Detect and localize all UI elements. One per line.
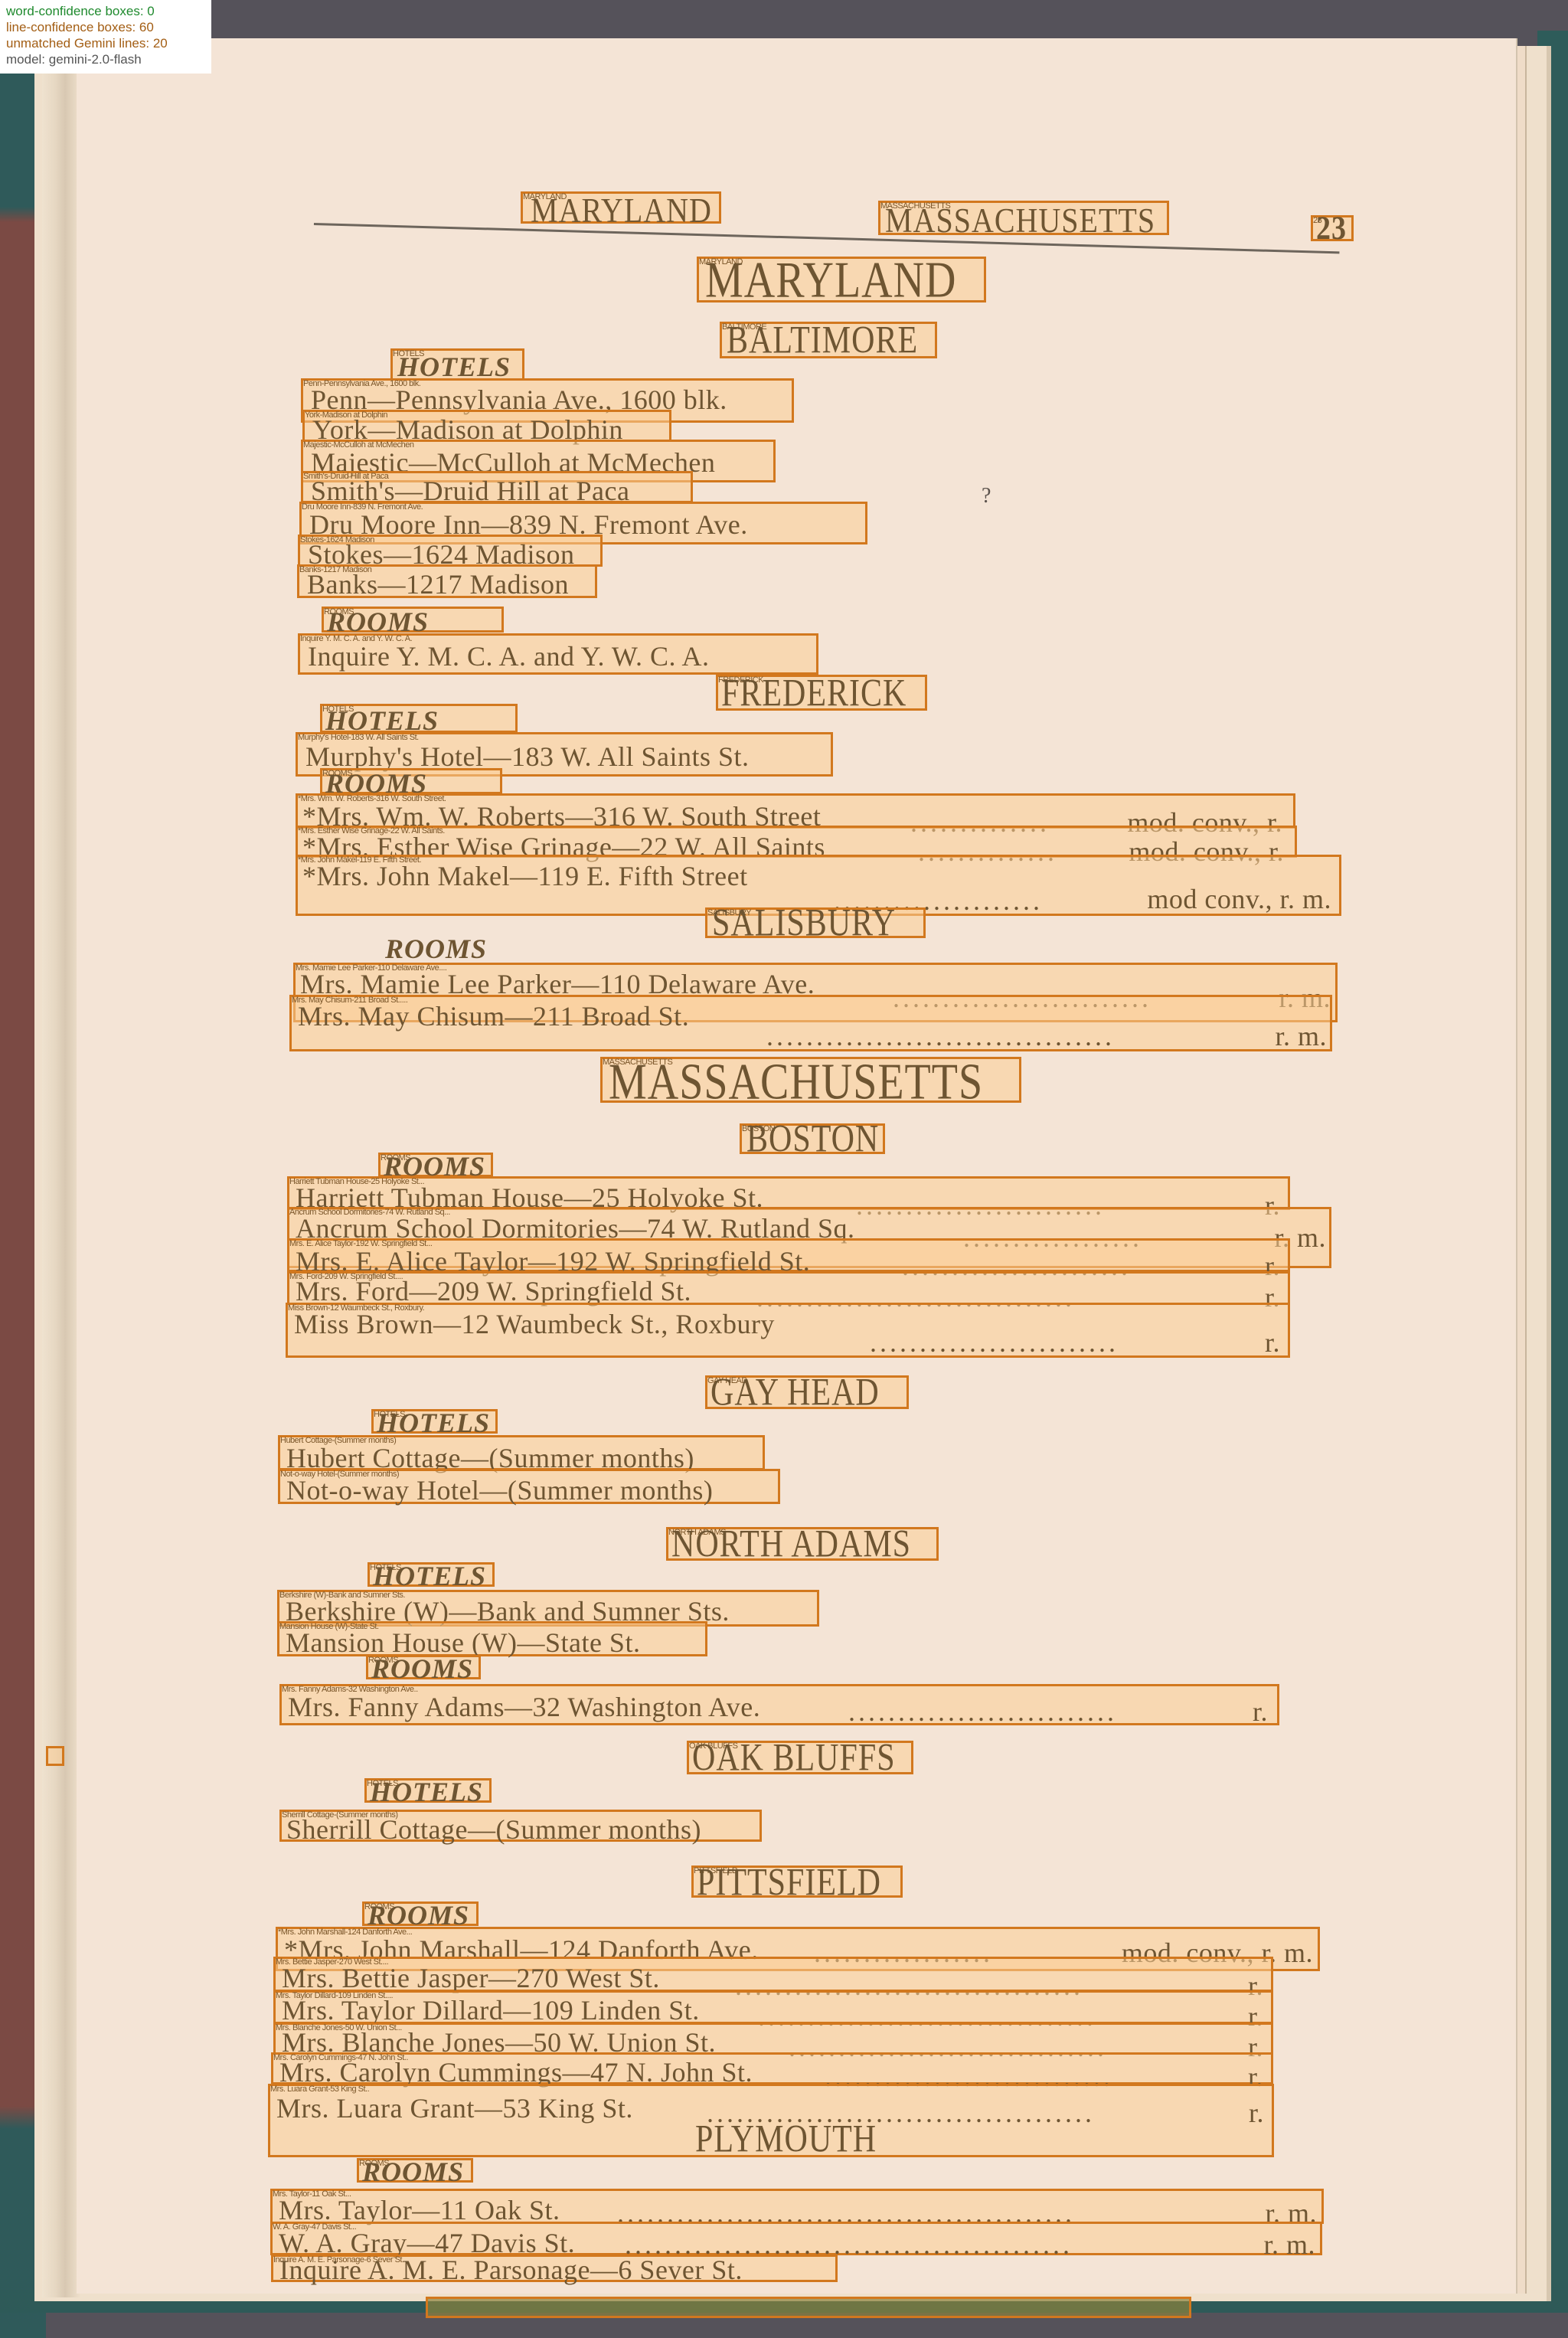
city-heading-salisbury: SALISBURY SALISBURY xyxy=(705,907,926,938)
category-text: ROOMS xyxy=(371,1653,473,1685)
city-heading-text: NORTH ADAMS xyxy=(671,1522,911,1567)
stray-ocr-box-bottom xyxy=(426,2297,1191,2318)
listing-entry: *Mrs. Wm. W. Roberts-316 W. South Street… xyxy=(296,793,1295,829)
city-heading-text: GAY HEAD xyxy=(710,1371,880,1415)
listing-entry: Smith's-Druid Hill at Paca Smith's—Druid… xyxy=(301,471,693,503)
city-heading-north-adams: NORTH ADAMS NORTH ADAMS xyxy=(666,1527,939,1561)
city-heading-baltimore: BALTIMORE BALTIMORE xyxy=(720,322,937,358)
city-heading-text: BALTIMORE xyxy=(727,319,918,363)
category-rooms: ROOMS ROOMS xyxy=(357,2158,473,2183)
ocr-stats-panel: word-confidence boxes: 0 line-confidence… xyxy=(0,0,211,74)
leader-dots: ......................... xyxy=(870,1326,1119,1359)
entry-text: Miss Brown—12 Waumbeck St., Roxbury xyxy=(294,1308,775,1340)
running-header-right-text: MASSACHUSETTS xyxy=(885,199,1155,240)
running-header-right: MASSACHUSETTS MASSACHUSETTS xyxy=(878,201,1169,235)
leader-dots: ........................... xyxy=(848,1695,1117,1728)
state-heading-text: MASSACHUSETTS xyxy=(609,1053,983,1112)
listing-entry: Hubert Cottage-(Summer months) Hubert Co… xyxy=(278,1435,765,1470)
listing-entry: Sherrill Cottage-(Summer months) Sherril… xyxy=(279,1810,762,1842)
listing-entry: Inquire Y. M. C. A. and Y. W. C. A. Inqu… xyxy=(298,633,818,675)
category-hotels: HOTELS HOTELS xyxy=(364,1778,492,1803)
city-heading-text: SALISBURY xyxy=(712,901,896,946)
category-rooms: ROOMS ROOMS xyxy=(366,1655,481,1679)
listing-entry: Inquire A. M. E. Parsonage-6 Sever St. I… xyxy=(271,2255,838,2282)
listing-entry: Mrs. Carolyn Cummings-47 N. John St.. Mr… xyxy=(271,2052,1273,2085)
category-text: HOTELS xyxy=(370,1776,483,1808)
stray-question-mark: ? xyxy=(982,484,991,508)
listing-entry: Mrs. Blanche Jones-50 W. Union St... Mrs… xyxy=(273,2022,1273,2055)
category-rooms: ROOMS ROOMS xyxy=(362,1901,479,1926)
listing-entry: Miss Brown-12 Waumbeck St., Roxbury. Mis… xyxy=(286,1303,1290,1358)
entry-text: Inquire A. M. E. Parsonage—6 Sever St. xyxy=(279,2254,743,2286)
listing-entry: Mansion House (W)-State St. Mansion Hous… xyxy=(277,1621,707,1656)
category-hotels: HOTELS HOTELS xyxy=(367,1562,495,1587)
listing-entry: Not-o-way Hotel-(Summer months) Not-o-wa… xyxy=(278,1469,780,1504)
word-confidence-count: word-confidence boxes: 0 xyxy=(6,3,205,19)
model-name: model: gemini-2.0-flash xyxy=(6,51,205,67)
listing-entry: *Mrs. Esther Wise Grinage-22 W. All Sain… xyxy=(296,826,1297,858)
category-text: HOTELS xyxy=(373,1560,486,1592)
running-header-left: MARYLAND MARYLAND xyxy=(521,191,721,224)
entry-suffix: r. m. xyxy=(1263,2228,1315,2261)
stray-ocr-box xyxy=(46,1746,64,1766)
listing-entry: Mrs. Luara Grant-53 King St.. Mrs. Luara… xyxy=(268,2084,1274,2157)
category-rooms: ROOMS ROOMS xyxy=(378,1153,493,1177)
listing-entry: York-Madison at Dolphin York—Madison at … xyxy=(302,410,671,442)
entry-suffix: r. xyxy=(1265,1326,1280,1359)
running-header-left-text: MARYLAND xyxy=(531,189,712,231)
listing-entry: Mrs. Fanny Adams-32 Washington Ave.. Mrs… xyxy=(279,1684,1279,1725)
listing-entry: Mrs. E. Alice Taylor-192 W. Springfield … xyxy=(287,1238,1290,1272)
city-heading-text: FREDERICK xyxy=(721,672,906,716)
entry-suffix: mod conv., r. m. xyxy=(1147,883,1331,915)
city-heading-pittsfield: PITTSFIELD PITTSFIELD xyxy=(691,1865,903,1898)
listing-entry: Mrs. May Chisum-211 Broad St..... Mrs. M… xyxy=(289,995,1332,1051)
line-confidence-count: line-confidence boxes: 60 xyxy=(6,19,205,35)
entry-text: Inquire Y. M. C. A. and Y. W. C. A. xyxy=(308,640,710,672)
city-heading-text: PITTSFIELD xyxy=(697,1861,881,1905)
entry-text: Sherrill Cottage—(Summer months) xyxy=(286,1813,701,1846)
entry-text: Mrs. Bettie Jasper—270 West St. xyxy=(282,1962,660,1994)
category-hotels: HOTELS HOTELS xyxy=(320,704,518,733)
entry-text: *Mrs. John Makel—119 E. Fifth Street xyxy=(302,860,748,892)
city-heading-frederick: FREDERICK FREDERICK xyxy=(716,675,927,711)
listing-entry: Mrs. Ford-209 W. Springfield St.... Mrs.… xyxy=(287,1271,1290,1305)
unmatched-lines-count: unmatched Gemini lines: 20 xyxy=(6,35,205,51)
entry-text: Mrs. Luara Grant—53 King St. xyxy=(276,2092,633,2124)
category-rooms: ROOMS ROOMS xyxy=(320,768,502,794)
page-number-text: 23 xyxy=(1316,209,1347,248)
leader-dots: ................................... xyxy=(766,1020,1115,1052)
category-hotels: HOTELS HOTELS xyxy=(371,1409,498,1434)
listing-entry: Mrs. Bettie Jasper-270 West St.... Mrs. … xyxy=(273,1957,1273,1992)
entry-text: Not-o-way Hotel—(Summer months) xyxy=(286,1474,713,1506)
city-heading-text: OAK BLUFFS xyxy=(692,1736,896,1780)
city-heading-boston: BOSTON BOSTON xyxy=(740,1123,885,1154)
listing-entry: W. A. Gray-47 Davis St... W. A. Gray—47 … xyxy=(270,2222,1322,2255)
listing-entry: Mrs. Taylor Dillard-109 Linden St.... Mr… xyxy=(273,1990,1273,2024)
city-heading-plymouth: PLYMOUTH xyxy=(695,2117,877,2162)
listing-entry: Harriett Tubman House-25 Holyoke St... H… xyxy=(287,1176,1290,1210)
entry-text: Mrs. Fanny Adams—32 Washington Ave. xyxy=(288,1691,760,1723)
entry-text: Banks—1217 Madison xyxy=(307,568,569,600)
entry-suffix: r. xyxy=(1249,2097,1264,2129)
state-heading-massachusetts: MASSACHUSETTS MASSACHUSETTS xyxy=(600,1057,1021,1103)
entry-text: Mrs. May Chisum—211 Broad St. xyxy=(298,1000,689,1032)
state-heading-text: MARYLAND xyxy=(705,251,956,310)
city-heading-gay-head: GAY HEAD GAY HEAD xyxy=(705,1375,909,1409)
category-text: HOTELS xyxy=(377,1407,490,1439)
entry-suffix: r. xyxy=(1253,1695,1268,1728)
listing-entry: Mrs. Taylor-11 Oak St... Mrs. Taylor—11 … xyxy=(270,2189,1324,2224)
city-heading-text: BOSTON xyxy=(746,1117,879,1162)
entry-suffix: r. m. xyxy=(1275,1020,1327,1052)
city-heading-oak-bluffs: OAK BLUFFS OAK BLUFFS xyxy=(687,1741,913,1774)
category-rooms: ROOMS xyxy=(385,933,487,965)
category-text: ROOMS xyxy=(362,2156,464,2188)
category-rooms: ROOMS ROOMS xyxy=(322,607,504,633)
entry-text: Mrs. Taylor Dillard—109 Linden St. xyxy=(282,1994,700,2026)
state-heading-maryland: MARYLAND MARYLAND xyxy=(697,257,986,302)
page-number: 23 23 xyxy=(1311,215,1354,241)
category-hotels: HOTELS HOTELS xyxy=(390,348,524,381)
listing-entry: Banks-1217 Madison Banks—1217 Madison xyxy=(297,564,597,598)
binding-gutter xyxy=(42,46,80,2297)
listing-entry: Stokes-1624 Madison Stokes—1624 Madison xyxy=(298,535,603,567)
